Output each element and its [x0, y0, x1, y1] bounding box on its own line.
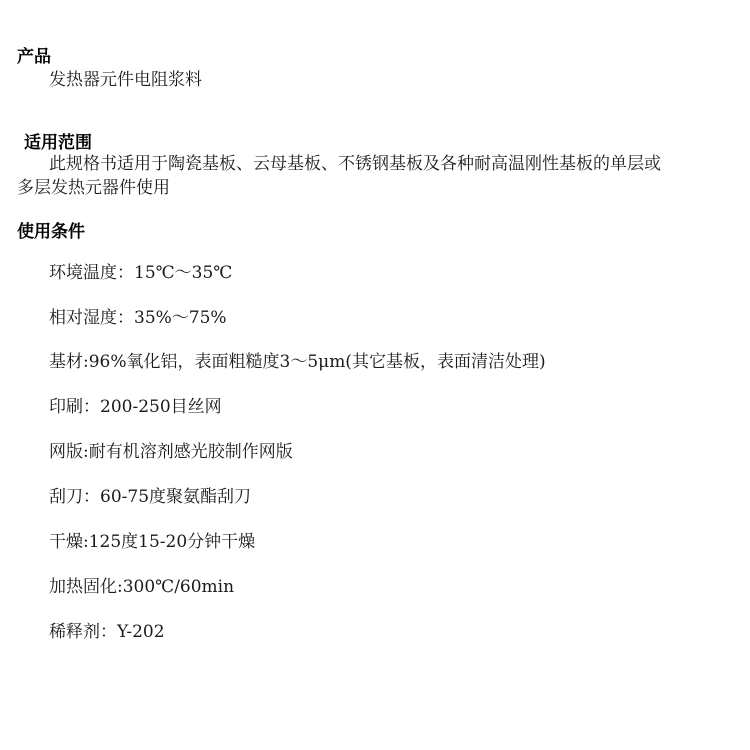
scope-text-line2: 多层发热元器件使用	[17, 178, 170, 198]
condition-thinner: 稀释剂：Y-202	[49, 622, 165, 642]
scope-text-line1: 此规格书适用于陶瓷基板、云母基板、不锈钢基板及各种耐高温刚性基板的单层或	[49, 154, 661, 174]
scope-heading: 适用范围	[24, 133, 92, 153]
condition-printing: 印刷：200-250目丝网	[49, 397, 222, 417]
condition-drying: 干燥:125度15-20分钟干燥	[49, 532, 255, 552]
condition-ambient-temperature: 环境温度：15℃～35℃	[49, 263, 232, 283]
condition-relative-humidity: 相对湿度：35%～75%	[49, 308, 227, 328]
document-page: 产品 发热器元件电阻浆料 适用范围 此规格书适用于陶瓷基板、云母基板、不锈钢基板…	[0, 0, 750, 750]
conditions-heading: 使用条件	[17, 222, 85, 242]
product-heading: 产品	[17, 47, 51, 67]
condition-squeegee: 刮刀：60-75度聚氨酯刮刀	[49, 487, 251, 507]
condition-substrate: 基材:96%氧化铝，表面粗糙度3～5μm(其它基板，表面清洁处理)	[49, 352, 546, 372]
product-name: 发热器元件电阻浆料	[49, 70, 202, 90]
condition-curing: 加热固化:300℃/60min	[49, 577, 234, 597]
condition-screen: 网版:耐有机溶剂感光胶制作网版	[49, 442, 293, 462]
